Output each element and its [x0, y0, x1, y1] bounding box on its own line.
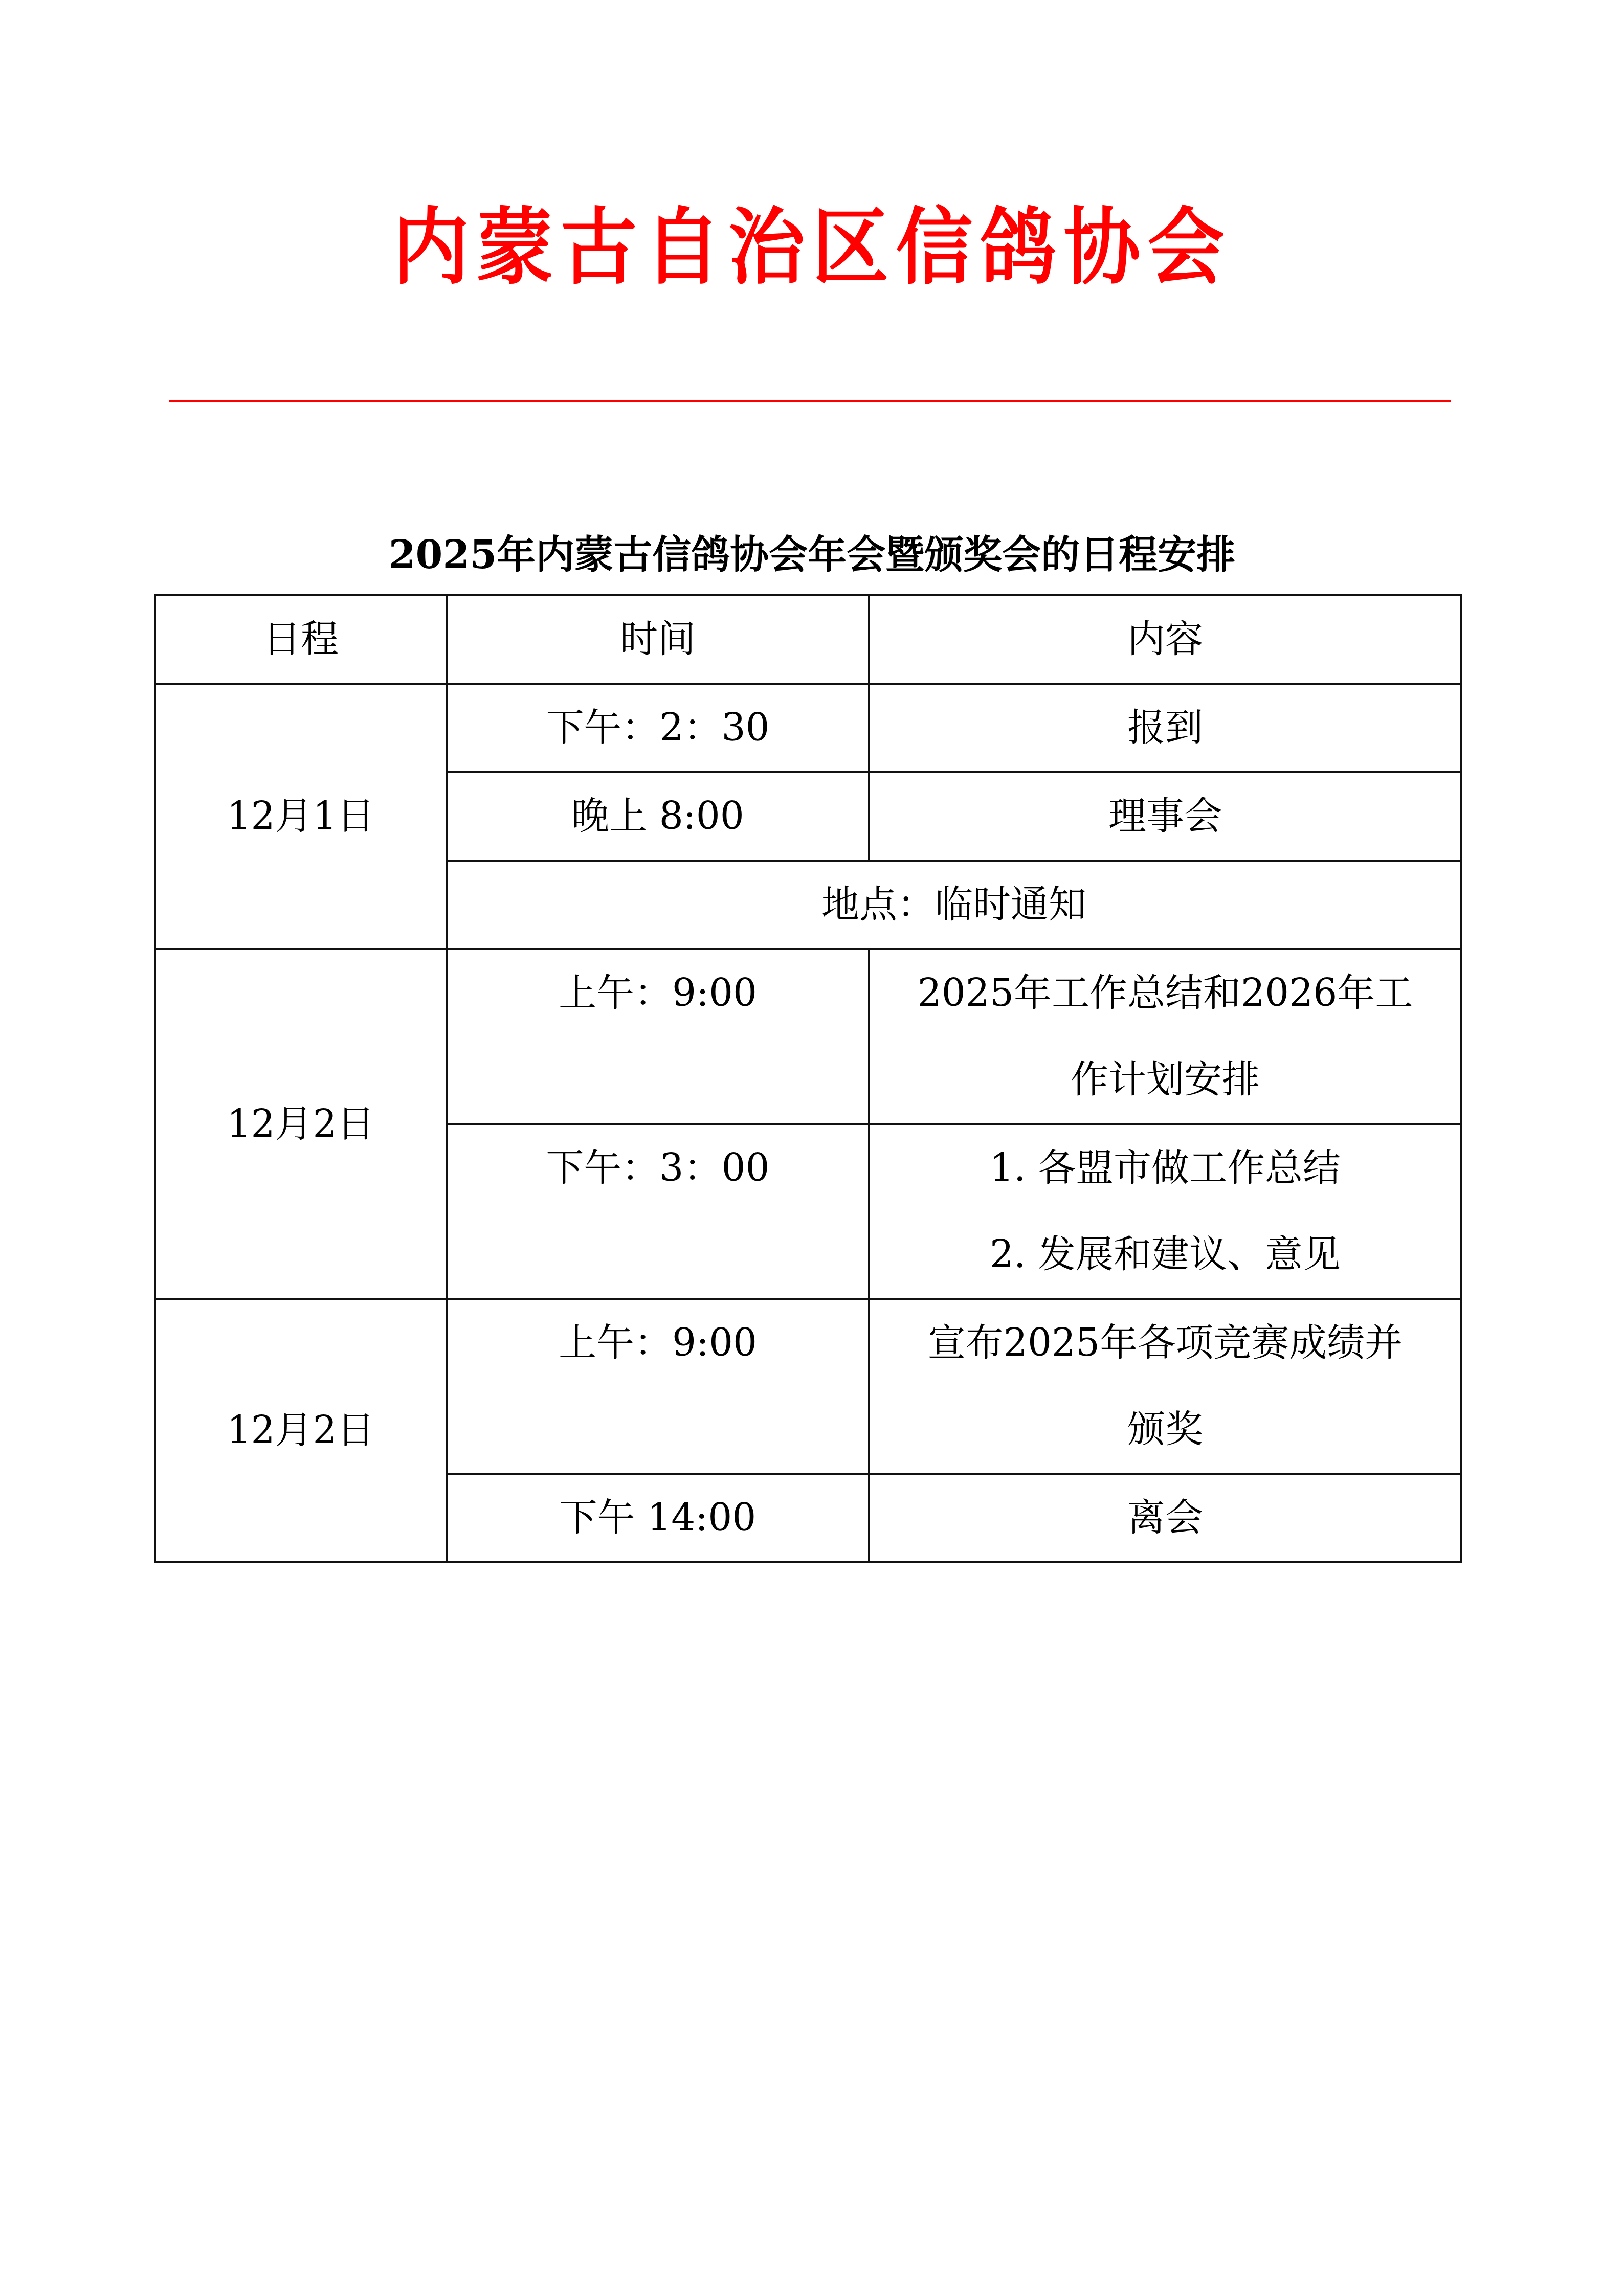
organization-title: 内蒙古自治区信鸽协会	[0, 198, 1624, 298]
table-header-row: 日程 时间 内容	[155, 595, 1461, 684]
column-header-time: 时间	[447, 595, 869, 684]
time-cell: 下午：3：00	[447, 1124, 869, 1299]
content-cell: 离会	[869, 1474, 1461, 1562]
column-header-date: 日程	[155, 595, 447, 684]
content-cell: 宣布2025年各项竞赛成绩并 颁奖	[869, 1299, 1461, 1474]
content-cell: 2025年工作总结和2026年工 作计划安排	[869, 949, 1461, 1124]
content-line: 2025年工作总结和2026年工	[870, 950, 1460, 1037]
content-cell: 1. 各盟市做工作总结 2. 发展和建议、意见	[869, 1124, 1461, 1299]
schedule-table: 日程 时间 内容 12月1日 下午：2：30 报到 晚上 8:00 理事会 地点…	[154, 594, 1462, 1563]
time-cell: 下午 14:00	[447, 1474, 869, 1562]
date-cell: 12月2日	[155, 1299, 447, 1562]
content-cell: 理事会	[869, 772, 1461, 861]
time-cell: 晚上 8:00	[447, 772, 869, 861]
time-cell: 上午：9:00	[447, 1299, 869, 1474]
content-line: 颁奖	[870, 1386, 1460, 1473]
time-cell: 上午：9:00	[447, 949, 869, 1124]
table-row: 12月2日 上午：9:00 宣布2025年各项竞赛成绩并 颁奖	[155, 1299, 1461, 1474]
content-line: 宣布2025年各项竞赛成绩并	[870, 1300, 1460, 1386]
column-header-content: 内容	[869, 595, 1461, 684]
time-cell: 下午：2：30	[447, 684, 869, 772]
date-cell: 12月1日	[155, 684, 447, 949]
location-cell: 地点：临时通知	[447, 861, 1461, 949]
table-row: 12月2日 上午：9:00 2025年工作总结和2026年工 作计划安排	[155, 949, 1461, 1124]
date-cell: 12月2日	[155, 949, 447, 1299]
header-divider	[169, 400, 1451, 402]
content-cell: 报到	[869, 684, 1461, 772]
table-row: 12月1日 下午：2：30 报到	[155, 684, 1461, 772]
content-line: 1. 各盟市做工作总结	[870, 1125, 1460, 1211]
document-title: 2025年内蒙古信鸽协会年会暨颁奖会的日程安排	[0, 529, 1624, 580]
content-line: 2. 发展和建议、意见	[870, 1211, 1460, 1298]
content-line: 作计划安排	[870, 1037, 1460, 1123]
